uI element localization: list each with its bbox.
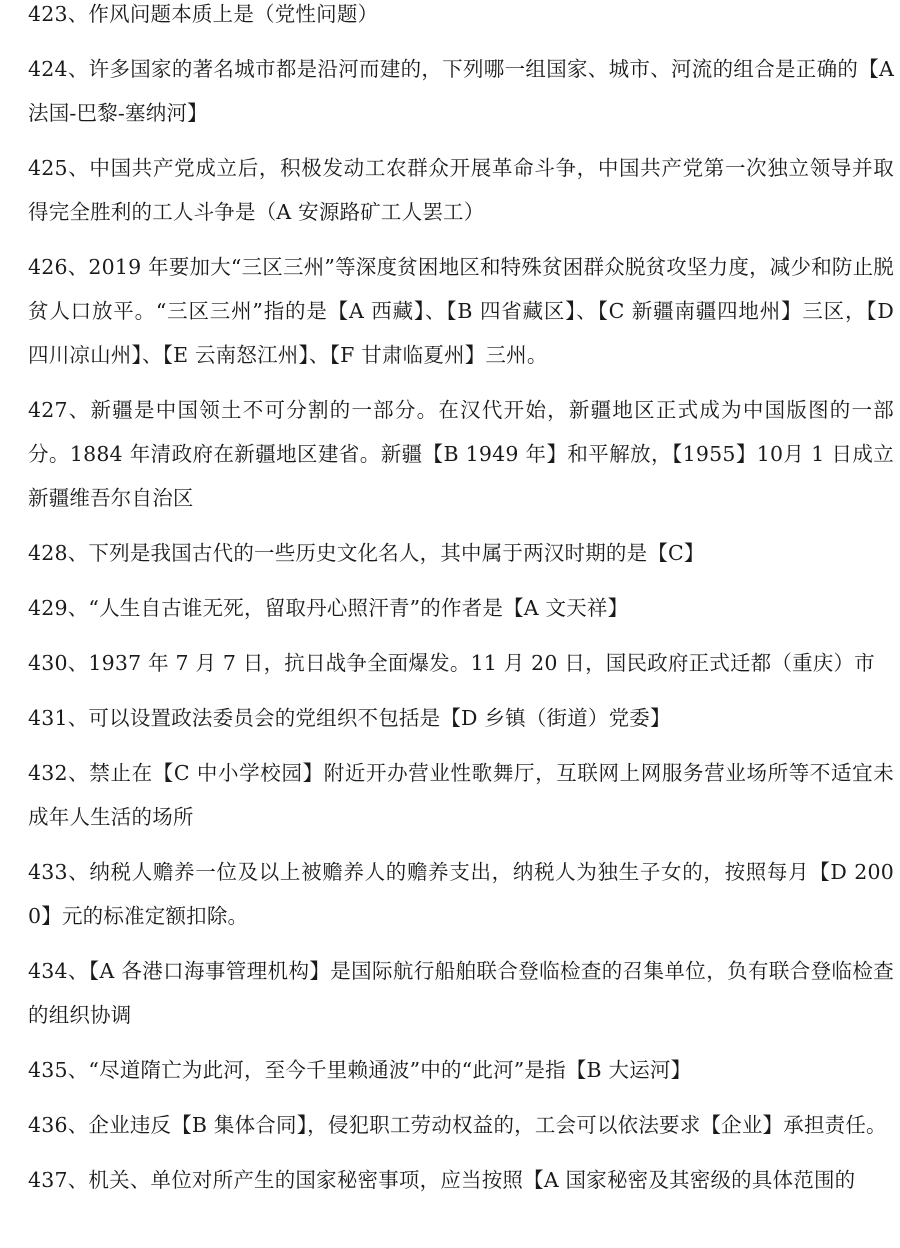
- question-437: 437、机关、单位对所产生的国家秘密事项，应当按照【A 国家秘密及其密级的具体范…: [28, 1158, 894, 1202]
- question-431: 431、可以设置政法委员会的党组织不包括是【D 乡镇（街道）党委】: [28, 696, 894, 740]
- question-429: 429、“人生自古谁无死，留取丹心照汗青”的作者是【A 文天祥】: [28, 586, 894, 630]
- document-body: 423、作风问题本质上是（党性问题） 424、许多国家的著名城市都是沿河而建的，…: [28, 0, 894, 1213]
- question-434: 434、【A 各港口海事管理机构】是国际航行船舶联合登临检查的召集单位，负有联合…: [28, 949, 894, 1037]
- question-433: 433、纳税人赡养一位及以上被赡养人的赡养支出，纳税人为独生子女的，按照每月【D…: [28, 850, 894, 938]
- question-430: 430、1937 年 7 月 7 日，抗日战争全面爆发。11 月 20 日，国民…: [28, 641, 894, 685]
- question-427: 427、新疆是中国领土不可分割的一部分。在汉代开始，新疆地区正式成为中国版图的一…: [28, 388, 894, 520]
- question-428: 428、下列是我国古代的一些历史文化名人，其中属于两汉时期的是【C】: [28, 531, 894, 575]
- question-426: 426、2019 年要加大“三区三州”等深度贫困地区和特殊贫困群众脱贫攻坚力度，…: [28, 245, 894, 377]
- question-425: 425、中国共产党成立后，积极发动工农群众开展革命斗争，中国共产党第一次独立领导…: [28, 146, 894, 234]
- question-436: 436、企业违反【B 集体合同】，侵犯职工劳动权益的，工会可以依法要求【企业】承…: [28, 1103, 894, 1147]
- question-423: 423、作风问题本质上是（党性问题）: [28, 0, 894, 36]
- question-424: 424、许多国家的著名城市都是沿河而建的，下列哪一组国家、城市、河流的组合是正确…: [28, 47, 894, 135]
- question-432: 432、禁止在【C 中小学校园】附近开办营业性歌舞厅，互联网上网服务营业场所等不…: [28, 751, 894, 839]
- question-435: 435、“尽道隋亡为此河，至今千里赖通波”中的“此河”是指【B 大运河】: [28, 1048, 894, 1092]
